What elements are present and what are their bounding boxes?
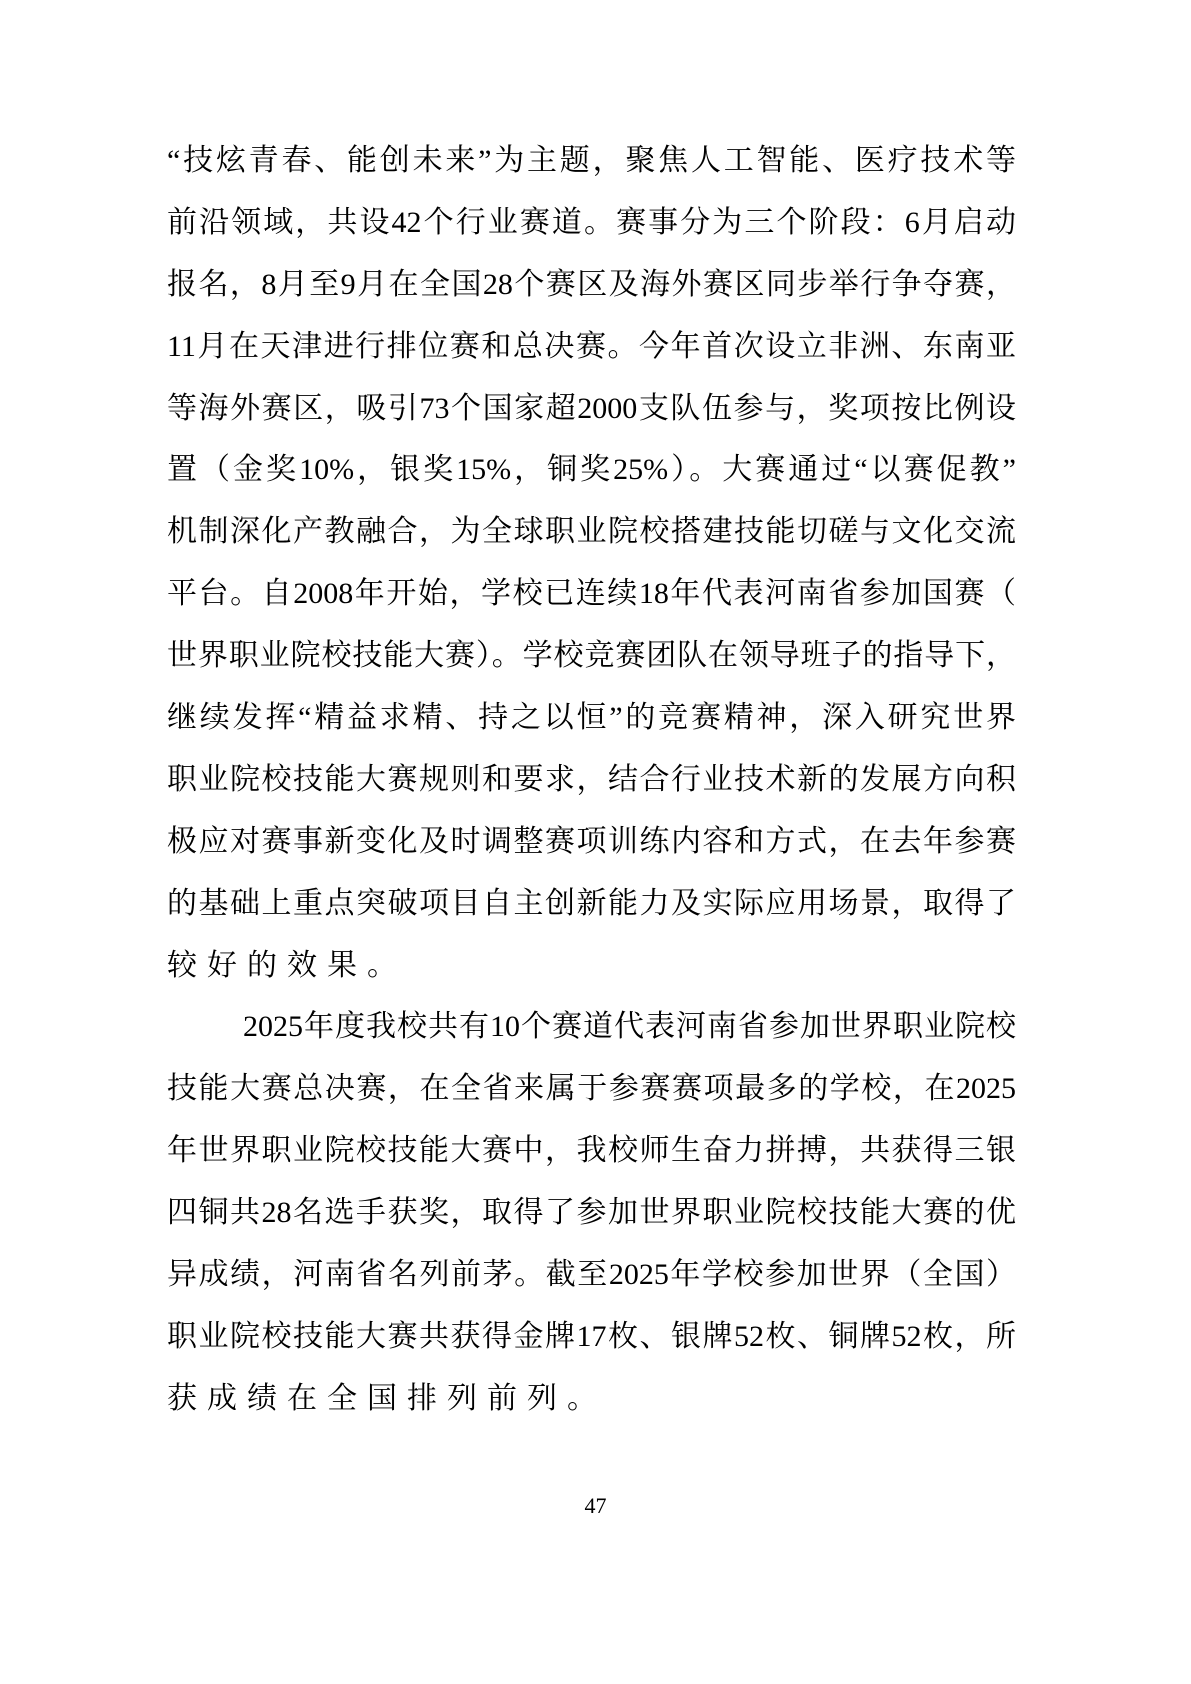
text-line: 11月在天津进行排位赛和总决赛。今年首次设立非洲、东南亚 <box>167 316 1016 378</box>
text-line: 职业院校技能大赛规则和要求，结合行业技术新的发展方向积 <box>167 749 1016 811</box>
text-line: 的基础上重点突破项目自主创新能力及实际应用场景，取得了 <box>167 873 1016 935</box>
text-line: 极应对赛事新变化及时调整赛项训练内容和方式，在去年参赛 <box>167 811 1016 873</box>
text-line: 报名，8月至9月在全国28个赛区及海外赛区同步举行争夺赛， <box>167 254 1016 316</box>
document-page: “技炫青春、能创未来”为主题，聚焦人工智能、医疗技术等 前沿领域，共设42个行业… <box>0 0 1191 1684</box>
text-line: 世界职业院校技能大赛）。学校竞赛团队在领导班子的指导下， <box>167 625 1016 687</box>
text-line: 置（金奖10%，银奖15%，铜奖25%）。大赛通过“以赛促教” <box>167 439 1016 501</box>
text-line: 获成绩在全国排列前列。 <box>167 1368 1016 1430</box>
text-line: 机制深化产教融合，为全球职业院校搭建技能切磋与文化交流 <box>167 501 1016 563</box>
text-line: 技能大赛总决赛，在全省来属于参赛赛项最多的学校，在2025 <box>167 1058 1016 1120</box>
text-line: 职业院校技能大赛共获得金牌17枚、银牌52枚、铜牌52枚，所 <box>167 1306 1016 1368</box>
page-number: 47 <box>0 1493 1191 1519</box>
text-line: 年世界职业院校技能大赛中，我校师生奋力拼搏，共获得三银 <box>167 1120 1016 1182</box>
text-line: 前沿领域，共设42个行业赛道。赛事分为三个阶段：6月启动 <box>167 192 1016 254</box>
text-line: 较好的效果。 <box>167 935 1016 997</box>
paragraph: “技炫青春、能创未来”为主题，聚焦人工智能、医疗技术等 前沿领域，共设42个行业… <box>167 130 1016 996</box>
text-line: “技炫青春、能创未来”为主题，聚焦人工智能、医疗技术等 <box>167 130 1016 192</box>
text-line: 等海外赛区，吸引73个国家超2000支队伍参与，奖项按比例设 <box>167 378 1016 440</box>
text-line: 继续发挥“精益求精、持之以恒”的竞赛精神，深入研究世界 <box>167 687 1016 749</box>
text-line: 平台。自2008年开始，学校已连续18年代表河南省参加国赛（ <box>167 563 1016 625</box>
text-line: 2025年度我校共有10个赛道代表河南省参加世界职业院校 <box>167 996 1016 1058</box>
text-body: “技炫青春、能创未来”为主题，聚焦人工智能、医疗技术等 前沿领域，共设42个行业… <box>167 130 1016 1430</box>
text-line: 四铜共28名选手获奖，取得了参加世界职业院校技能大赛的优 <box>167 1182 1016 1244</box>
paragraph: 2025年度我校共有10个赛道代表河南省参加世界职业院校 技能大赛总决赛，在全省… <box>167 996 1016 1429</box>
text-line: 异成绩，河南省名列前茅。截至2025年学校参加世界（全国） <box>167 1244 1016 1306</box>
